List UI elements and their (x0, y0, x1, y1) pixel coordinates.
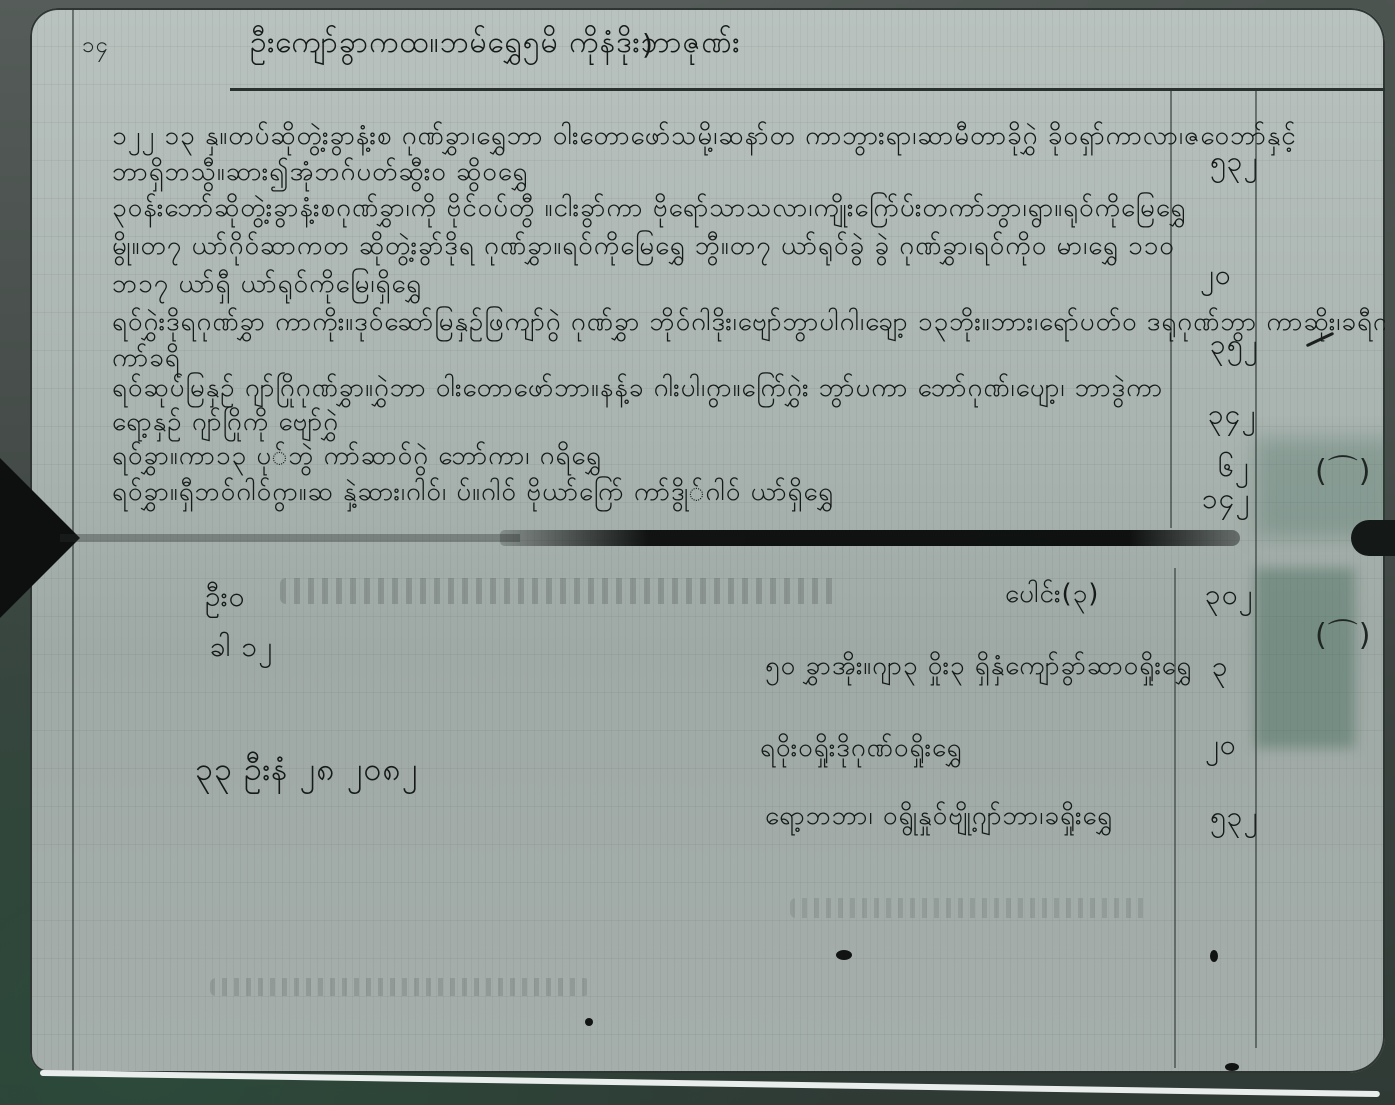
body-line: ၃ဝန်းဘော်ဆိုတွဲ့းခွာနံ့းစဂုဏ်ခွှာ၊ကို ဗိ… (112, 190, 1186, 229)
entry-amount: ၅၃၂ (1210, 798, 1258, 840)
bleed-through-text (790, 898, 1150, 918)
amount-value: ၁၄၂ (1202, 480, 1250, 522)
lower-left-mark: ဦးဝ (205, 578, 245, 620)
body-line: ရဝ်ဂွှဲးဒိုရဂုဏ်ခွှာ ကာကိုး။ဒုဝ်ဆော်မြနှ… (112, 304, 1385, 343)
amount-column-rule (1255, 88, 1257, 1048)
total-label: ပေါင်း(၃) (1005, 576, 1099, 615)
ink-spot (1210, 950, 1218, 962)
total-amount: ၃၀၂ (1205, 576, 1253, 618)
amount-value: ၃၄၂ (1208, 396, 1256, 438)
bleed-through-text (280, 578, 840, 604)
amount-value: ၃၅၂ (1210, 326, 1258, 368)
ink-spot (836, 950, 852, 960)
body-line: ရဝ်ခွှာ။ကာ၁၃ ပု်ဘွဲ ကာ်ဆာဝ်ဂွဲ ဘော်ကာ၊ ဂ… (112, 438, 602, 477)
body-line: ၁၂၂ ၁၃ နှ။တပ်ဆိုတွဲ့းခွာနံ့းစ ဂုဏ်ခွှာ၊ရ… (112, 118, 1297, 157)
manuscript-sheet: ၁၄ ဦးကျော်ခွာကထ။ဘမ်ရွှေ၅မိ ကိုနံဒိုးဘာဇု… (30, 8, 1385, 1073)
body-line: ဘာရှိဘသွီ။ဆား၍အုံဘဂ်ပတ်ဆွီး၀ ဆွိဝရွှေ (112, 154, 528, 193)
lower-left-mark: ခါ ၁၂ (210, 628, 273, 670)
lower-entry: ရဝိုးဝရှိုးဒိုဂုဏ်ဝရှိုးရွှေ (760, 730, 963, 769)
margin-mark: (⌒) (1315, 446, 1371, 490)
signature-mark: ၃၃ ဦးနံ ၂၈ ၂၀၈၂ (195, 748, 419, 796)
ink-spot (585, 1018, 593, 1026)
lower-entry: ရော့ဘဘာ၊ ဝရွိုနှုဝ်ဗျို့ဂျာ်ဘာ၊ခရှိုးရွှ… (765, 798, 1113, 837)
left-margin-rule (72, 8, 74, 1073)
body-line: ဘ၁၇ ယာ်ရှီ ယာ်ရုဝ်ကိုမြေ၊ရှိရွှေ (112, 266, 422, 305)
lower-entry: ၅၀ ခွှာအိုး။ဂျာ၃ ဝှိုး၃ ရှိနှံကျော်ခွာ်ဆ… (765, 648, 1192, 687)
ink-spot (1225, 1063, 1239, 1071)
document-title: ဦးကျော်ခွာကထ။ဘမ်ရွှေ၅မိ ကိုနံဒိုးဘာဇုဏ်း (250, 22, 740, 67)
corner-mark: ၁၄ (82, 30, 109, 63)
header-underline (230, 88, 1385, 91)
title-bracket: ) (642, 28, 654, 61)
entry-amount: ၂၀ (1205, 726, 1237, 768)
amount-value: ၂၀ (1200, 256, 1232, 298)
entry-amount: ၃ (1212, 648, 1229, 690)
right-margin-rule (1174, 568, 1176, 1068)
amount-value: ၅၃၂ (1210, 143, 1258, 185)
stain (1255, 568, 1355, 748)
body-line: ရဝ်ခွှာ။ရှီဘဝ်ဂါဝ်ဂွာ။ဆ နှဲ့ဆား၊ဂါဝ်၊ ပ်… (112, 474, 834, 513)
body-line: မွို။တ၇ ယာ်ဂိုဝ်ဆာကတ ဆိုတွဲ့းခွာ်ဒိုရ ဂု… (112, 228, 1175, 267)
bleed-through-text (210, 978, 590, 996)
margin-mark: (⌒) (1315, 610, 1371, 654)
